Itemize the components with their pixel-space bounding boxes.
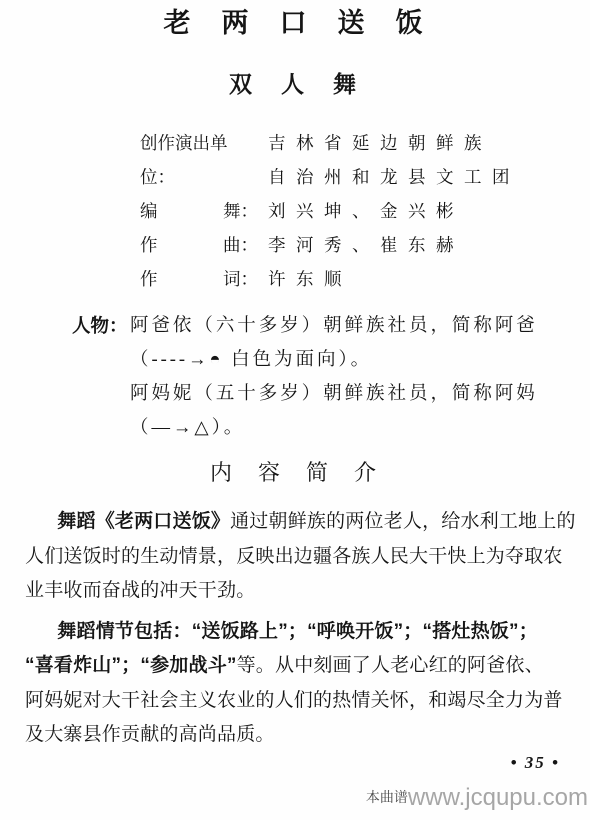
credit-label-left: 编 (140, 194, 158, 228)
credit-label: 作 词： (140, 262, 258, 296)
credit-label-left: 创作演出单位： (140, 126, 258, 160)
watermark-prefix: 本曲谱 (366, 787, 408, 810)
credit-value: 李河秀、崔东赫 (268, 228, 464, 262)
characters-label: 人物： (72, 309, 130, 445)
page-subtitle: 双 人 舞 (25, 73, 563, 96)
character-notation-ama: （—→△）。 (130, 411, 563, 445)
paragraph1-line2: 人们送饭时的生动情景，反映出边疆各族人民大干快上为夺取农 (25, 540, 563, 575)
paragraph2-line4: 及大寨县作贡献的高尚品质。 (25, 718, 563, 753)
credit-value: 刘兴坤、金兴彬 (268, 194, 464, 228)
credits-block: 创作演出单位： 吉林省延边朝鲜族 自治州和龙县文工团 编 舞： 刘兴坤、金兴彬 … (140, 126, 563, 296)
character-line-ama: 阿妈妮（五十多岁）朝鲜族社员，简称阿妈 (130, 377, 563, 411)
paragraph1-line1-text: 通过朝鲜族的两位老人，给水利工地上的 (230, 511, 576, 532)
page-title: 老 两 口 送 饭 (25, 10, 563, 37)
character-line-apa: 阿爸依（六十多岁）朝鲜族社员，简称阿爸 (130, 309, 563, 343)
paragraph2-line2-text: 等。从中刻画了人老心红的阿爸依、 (237, 655, 544, 676)
plot-sections-bold: 舞蹈情节包括：“送饭路上”；“呼唤开饭”；“搭灶热饭”； (57, 621, 538, 642)
section-heading-synopsis: 内 容 简 介 (25, 459, 563, 487)
credit-label: 创作演出单位： (140, 126, 258, 160)
scanned-document-page: 老 两 口 送 饭 双 人 舞 创作演出单位： 吉林省延边朝鲜族 自治州和龙县文… (0, 0, 590, 820)
paragraph1-line1: 舞蹈《老两口送饭》通过朝鲜族的两位老人，给水利工地上的 (25, 505, 563, 540)
plot-sections-bold-2: “喜看炸山”；“参加战斗” (25, 655, 237, 676)
paragraph2-line2: “喜看炸山”；“参加战斗”等。从中刻画了人老心红的阿爸依、 (25, 649, 563, 684)
characters-lines: 阿爸依（六十多岁）朝鲜族社员，简称阿爸 （----→◓ 白色为面向）。 阿妈妮（… (130, 309, 563, 445)
credit-label: 作 曲： (140, 228, 258, 262)
credit-label-right: 舞： (223, 194, 258, 228)
credit-row-unit: 创作演出单位： 吉林省延边朝鲜族 (140, 126, 563, 160)
credit-label-left: 作 (140, 228, 158, 262)
page-number: • 35 • (511, 753, 560, 773)
credit-value: 自治州和龙县文工团 (268, 160, 520, 194)
paragraph2-line3: 阿妈妮对大干社会主义农业的人们的热情关怀，和竭尽全力为普 (25, 684, 563, 719)
watermark-url: www.jcqupu.com (408, 786, 588, 810)
credit-row-unit-continued: 自治州和龙县文工团 (140, 160, 563, 194)
credit-row-lyricist: 作 词： 许东顺 (140, 262, 563, 296)
synopsis-body: 舞蹈《老两口送饭》通过朝鲜族的两位老人，给水利工地上的 人们送饭时的生动情景，反… (25, 505, 563, 753)
credit-label-right: 词： (223, 262, 258, 296)
credit-row-choreography: 编 舞： 刘兴坤、金兴彬 (140, 194, 563, 228)
paragraph2-line1: 舞蹈情节包括：“送饭路上”；“呼唤开饭”；“搭灶热饭”； (25, 615, 563, 650)
credit-label-right: 曲： (223, 228, 258, 262)
paragraph1-line3: 业丰收而奋战的冲天干劲。 (25, 574, 563, 609)
credit-row-composer: 作 曲： 李河秀、崔东赫 (140, 228, 563, 262)
credit-label-left: 作 (140, 262, 158, 296)
credit-label (140, 160, 258, 194)
character-notation-apa: （----→◓ 白色为面向）。 (130, 343, 563, 377)
credit-label: 编 舞： (140, 194, 258, 228)
characters-block: 人物： 阿爸依（六十多岁）朝鲜族社员，简称阿爸 （----→◓ 白色为面向）。 … (72, 309, 563, 445)
watermark: 本曲谱 www.jcqupu.com (366, 786, 588, 810)
dance-title-mention: 舞蹈《老两口送饭》 (57, 511, 230, 532)
credit-value: 吉林省延边朝鲜族 (268, 126, 492, 160)
credit-value: 许东顺 (268, 262, 352, 296)
